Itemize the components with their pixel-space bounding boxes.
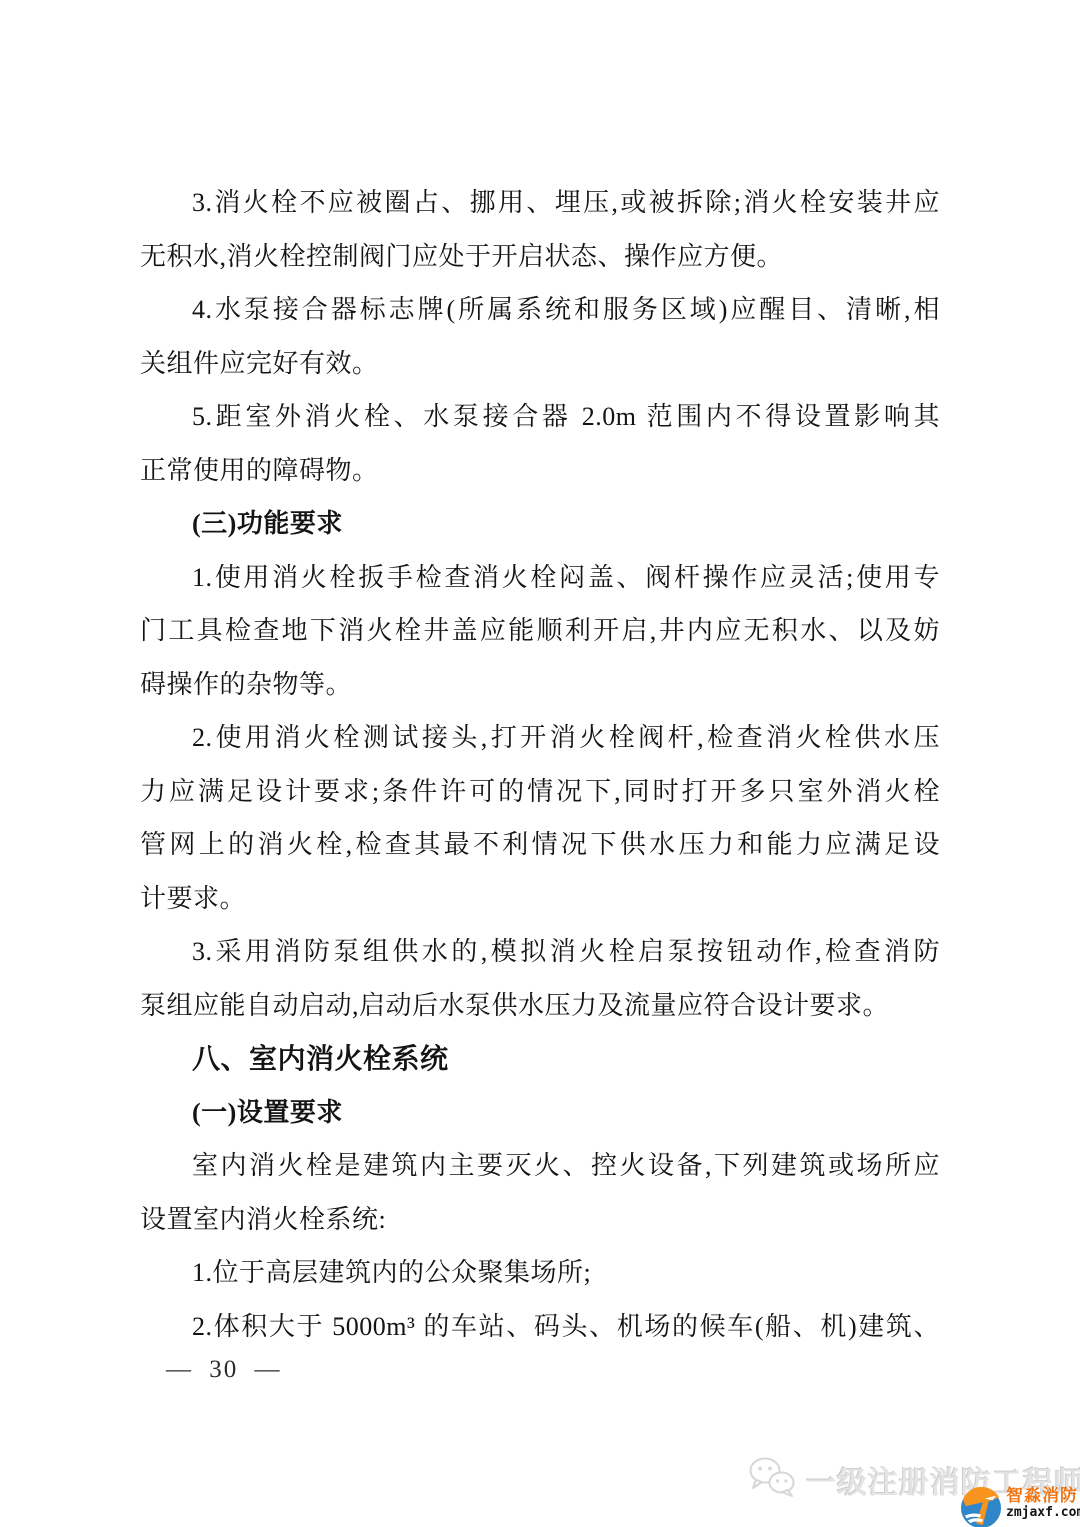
sub-heading: (一)设置要求 bbox=[140, 1086, 940, 1140]
text-line: 3.采用消防泵组供水的,模拟消火栓启泵按钮动作,检查消防 bbox=[140, 925, 940, 979]
page-number: — 30 — bbox=[166, 1356, 282, 1384]
section-heading: 八、室内消火栓系统 bbox=[140, 1032, 940, 1086]
watermark-brand: 智淼消防 zmjaxf.com bbox=[960, 1487, 1080, 1527]
text-line: 1.使用消火栓扳手检查消火栓闷盖、阀杆操作应灵活;使用专 bbox=[140, 551, 940, 605]
text-line: 泵组应能自动启动,启动后水泵供水压力及流量应符合设计要求。 bbox=[140, 979, 940, 1033]
text-line: 无积水,消火栓控制阀门应处于开启状态、操作应方便。 bbox=[140, 230, 940, 284]
text-line: 3.消火栓不应被圈占、挪用、埋压,或被拆除;消火栓安装井应 bbox=[140, 176, 940, 230]
brand-logo-icon bbox=[960, 1487, 1002, 1527]
document-body: 3.消火栓不应被圈占、挪用、埋压,或被拆除;消火栓安装井应无积水,消火栓控制阀门… bbox=[140, 176, 940, 1353]
brand-text-block: 智淼消防 zmjaxf.com bbox=[1006, 1487, 1080, 1520]
text-line: 关组件应完好有效。 bbox=[140, 337, 940, 391]
wechat-icon bbox=[748, 1456, 798, 1498]
text-line: 2.体积大于 5000m³ 的车站、码头、机场的候车(船、机)建筑、 bbox=[140, 1300, 940, 1354]
brand-url: zmjaxf.com bbox=[1006, 1505, 1080, 1520]
text-line: 门工具检查地下消火栓井盖应能顺利开启,井内应无积水、以及妨 bbox=[140, 604, 940, 658]
text-line: 2.使用消火栓测试接头,打开消火栓阀杆,检查消火栓供水压 bbox=[140, 711, 940, 765]
text-line: 正常使用的障碍物。 bbox=[140, 444, 940, 498]
text-line: 4.水泵接合器标志牌(所属系统和服务区域)应醒目、清晰,相 bbox=[140, 283, 940, 337]
text-line: 1.位于高层建筑内的公众聚集场所; bbox=[140, 1246, 940, 1300]
text-line: 碍操作的杂物等。 bbox=[140, 658, 940, 712]
text-line: 室内消火栓是建筑内主要灭火、控火设备,下列建筑或场所应 bbox=[140, 1139, 940, 1193]
sub-heading: (三)功能要求 bbox=[140, 497, 940, 551]
text-line: 设置室内消火栓系统: bbox=[140, 1193, 940, 1247]
document-page: 3.消火栓不应被圈占、挪用、埋压,或被拆除;消火栓安装井应无积水,消火栓控制阀门… bbox=[0, 0, 1080, 1527]
brand-name: 智淼消防 bbox=[1006, 1487, 1080, 1505]
text-line: 5.距室外消火栓、水泵接合器 2.0m 范围内不得设置影响其 bbox=[140, 390, 940, 444]
text-line: 管网上的消火栓,检查其最不利情况下供水压力和能力应满足设 bbox=[140, 818, 940, 872]
text-line: 力应满足设计要求;条件许可的情况下,同时打开多只室外消火栓 bbox=[140, 765, 940, 819]
text-line: 计要求。 bbox=[140, 872, 940, 926]
